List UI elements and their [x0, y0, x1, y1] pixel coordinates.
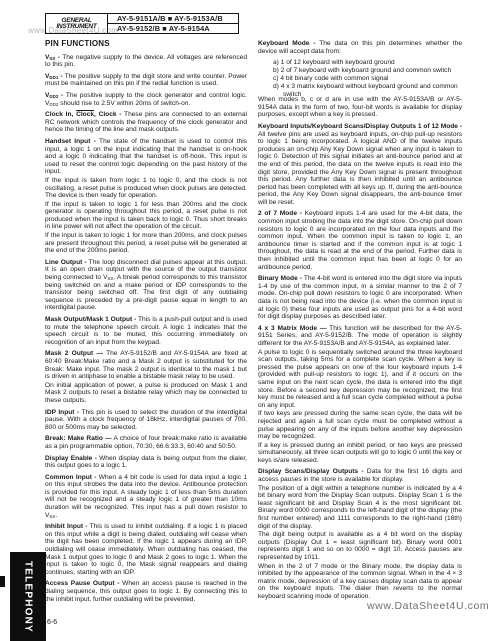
- right-column: Keyboard Mode - The data on this pin det…: [258, 40, 462, 605]
- paragraph-term: Break: Make Ratio —: [45, 435, 112, 442]
- paragraph: 4 x 3 Matrix Mode — This function will b…: [258, 325, 462, 348]
- header-box: GENERAL INSTRUMENT AY-5-9151A/B ■ AY-5-9…: [45, 13, 239, 34]
- paragraph: a) 1 of 12 keyboard with keyboard ground: [258, 59, 462, 67]
- paragraph-term: Mask 2 Output —: [45, 350, 103, 357]
- paragraph-term: VSS -: [45, 54, 60, 61]
- watermark-bottom: www.DataSheet4U.com: [367, 600, 489, 612]
- right-paragraphs: Keyboard Mode - The data on this pin det…: [258, 40, 462, 601]
- paragraph: Display Enable - When display data is be…: [45, 455, 247, 470]
- paragraph: Display Scans/Display Outputs - Data for…: [258, 468, 462, 483]
- paragraph: If two keys are pressed during the same …: [258, 410, 462, 440]
- paragraph: On initial application of power, a pulse…: [45, 382, 247, 405]
- left-column: PIN FUNCTIONS VSS - The negative supply …: [45, 40, 247, 607]
- page-title: PIN FUNCTIONS: [45, 40, 247, 48]
- paragraph: Break: Make Ratio — A choice of four bre…: [45, 435, 247, 450]
- paragraph-term: Access Pause Output -: [45, 580, 119, 587]
- part-number-row-2: AY-5-9152/B ■ AY-5-9154A: [108, 24, 238, 33]
- paragraph-term: Keyboard Mode -: [258, 40, 316, 47]
- telephony-section-tab: TELEPHONY: [10, 552, 46, 641]
- page-number: 6-6: [47, 619, 57, 626]
- part-number-row-1: AY-5-9151A/B ■ AY-5-9153A/B: [108, 14, 238, 24]
- paragraph: b) 2 of 7 keyboard with keyboard ground …: [258, 67, 462, 75]
- paragraph-term: Keyboard Inputs/Keyboard Scans/Display O…: [258, 123, 462, 130]
- paragraph-term: 4 x 3 Matrix Mode —: [258, 325, 326, 332]
- paragraph: If the input is taken to logic 1 for les…: [45, 201, 247, 231]
- paragraph: A pulse to logic 0 is sequentially switc…: [258, 349, 462, 410]
- left-paragraphs: VSS - The negative supply to the device.…: [45, 54, 247, 604]
- paragraph: Inhibit Input - This is used to inhibit …: [45, 523, 247, 576]
- paragraph: The position of a digit within a telepho…: [258, 485, 462, 531]
- logo-line2: INSTRUMENT: [56, 24, 96, 30]
- paragraph: Keyboard Inputs/Keyboard Scans/Display O…: [258, 123, 462, 207]
- paragraph: Mask 2 Output — The AY-5-9152/B and AY-5…: [45, 350, 247, 380]
- paragraph: c) 4 bit binary code with common signal: [258, 75, 462, 83]
- paragraph: Handset Input - The state of the handset…: [45, 138, 247, 176]
- paragraph: Mask Output/Mask 1 Output - This is a pu…: [45, 316, 247, 346]
- paragraph: Binary Mode - The 4-bit word is entered …: [258, 275, 462, 321]
- paragraph: Access Pause Output - When an access pau…: [45, 580, 247, 603]
- paragraph-term: VDD2 -: [45, 92, 63, 99]
- telephony-tab-label: TELEPHONY: [23, 561, 34, 633]
- paragraph: When in the 2 of 7 mode or the Binary mo…: [258, 563, 462, 601]
- paragraph: IDP Input - This pin is used to select t…: [45, 409, 247, 432]
- paragraph-term: Display Enable -: [45, 455, 97, 462]
- paragraph-term: Clock In, Clock, Clock -: [45, 111, 121, 118]
- paragraph: Keyboard Mode - The data on this pin det…: [258, 40, 462, 55]
- paragraph-term: IDP Input -: [45, 409, 79, 416]
- paragraph: If the input is taken from logic 1 to lo…: [45, 177, 247, 200]
- paragraph-term: Binary Mode -: [258, 275, 302, 282]
- paragraph-term: VDD1 -: [45, 73, 63, 80]
- paragraph-term: 2 of 7 Mode -: [258, 210, 302, 217]
- paragraph: Clock In, Clock, Clock - These pins are …: [45, 111, 247, 134]
- paragraph-term: Common Input -: [45, 474, 96, 481]
- paragraph-term: Handset Input -: [45, 138, 96, 145]
- paragraph: VSS - The negative supply to the device.…: [45, 54, 247, 69]
- paragraph: VDD1 - The positive supply to the digit …: [45, 73, 247, 88]
- paragraph: Line Output - The loop disconnect dial p…: [45, 259, 247, 312]
- paragraph-term: Display Scans/Display Outputs -: [258, 468, 364, 475]
- paragraph: If the input is taken to logic 1 for mor…: [45, 232, 247, 255]
- part-numbers: AY-5-9151A/B ■ AY-5-9153A/B AY-5-9152/B …: [108, 14, 238, 33]
- paragraph: When modes b, c or d are in use with the…: [258, 96, 462, 119]
- page-edge-mark: [0, 576, 5, 587]
- paragraph-term: Line Output -: [45, 259, 87, 266]
- paragraph-term: Inhibit Input -: [45, 523, 88, 530]
- general-instrument-logo: GENERAL INSTRUMENT: [46, 14, 108, 33]
- paragraph: If a key is pressed during an inhibit pe…: [258, 442, 462, 465]
- paragraph: VDD2 - The positive supply to the clock …: [45, 92, 247, 107]
- paragraph: The digit being output is available as a…: [258, 531, 462, 561]
- paragraph: 2 of 7 Mode - Keyboard inputs 1-4 are us…: [258, 210, 462, 271]
- paragraph: Common Input - When a 4 bit code is used…: [45, 474, 247, 520]
- paragraph-term: Mask Output/Mask 1 Output -: [45, 316, 136, 323]
